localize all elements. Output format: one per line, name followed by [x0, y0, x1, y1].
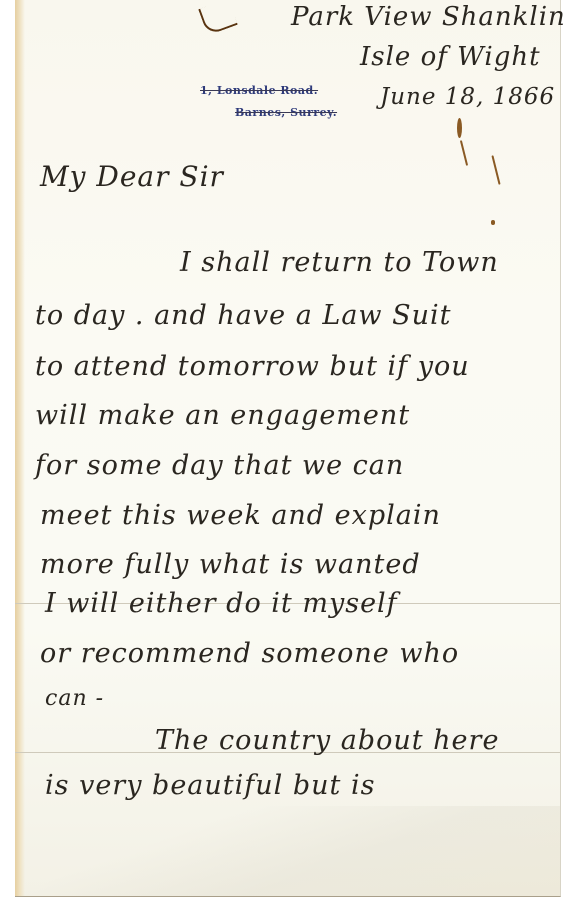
body-line: The country about here — [155, 725, 499, 756]
body-line: to attend tomorrow but if you — [35, 351, 470, 382]
ink-stain — [460, 140, 468, 166]
body-line: is very beautiful but is — [45, 770, 375, 801]
letter-page: Park View Shanklin Isle of Wight June 18… — [15, 0, 561, 897]
ink-stain — [491, 155, 500, 185]
body-line: I shall return to Town — [180, 247, 499, 278]
body-line: more fully what is wanted — [40, 549, 421, 580]
address-line-2: Isle of Wight — [360, 42, 541, 72]
body-line: to day . and have a Law Suit — [35, 300, 452, 331]
address-line-1: Park View Shanklin — [291, 2, 566, 32]
body-line: for some day that we can — [35, 450, 404, 481]
letterhead-line-1: 1, Lonsdale Road. — [200, 84, 318, 97]
ink-stain — [457, 118, 462, 138]
body-line: I will either do it myself — [45, 588, 398, 619]
body-line: can - — [45, 686, 104, 711]
body-line: meet this week and explain — [40, 500, 441, 531]
letterhead-line-2: Barnes, Surrey. — [235, 106, 337, 119]
body-line: will make an engagement — [35, 400, 410, 431]
letter-date: June 18, 1866 — [380, 84, 555, 110]
salutation: My Dear Sir — [40, 160, 224, 193]
body-line: or recommend someone who — [40, 638, 459, 669]
ink-mark — [198, 0, 238, 36]
ink-stain — [491, 220, 495, 225]
